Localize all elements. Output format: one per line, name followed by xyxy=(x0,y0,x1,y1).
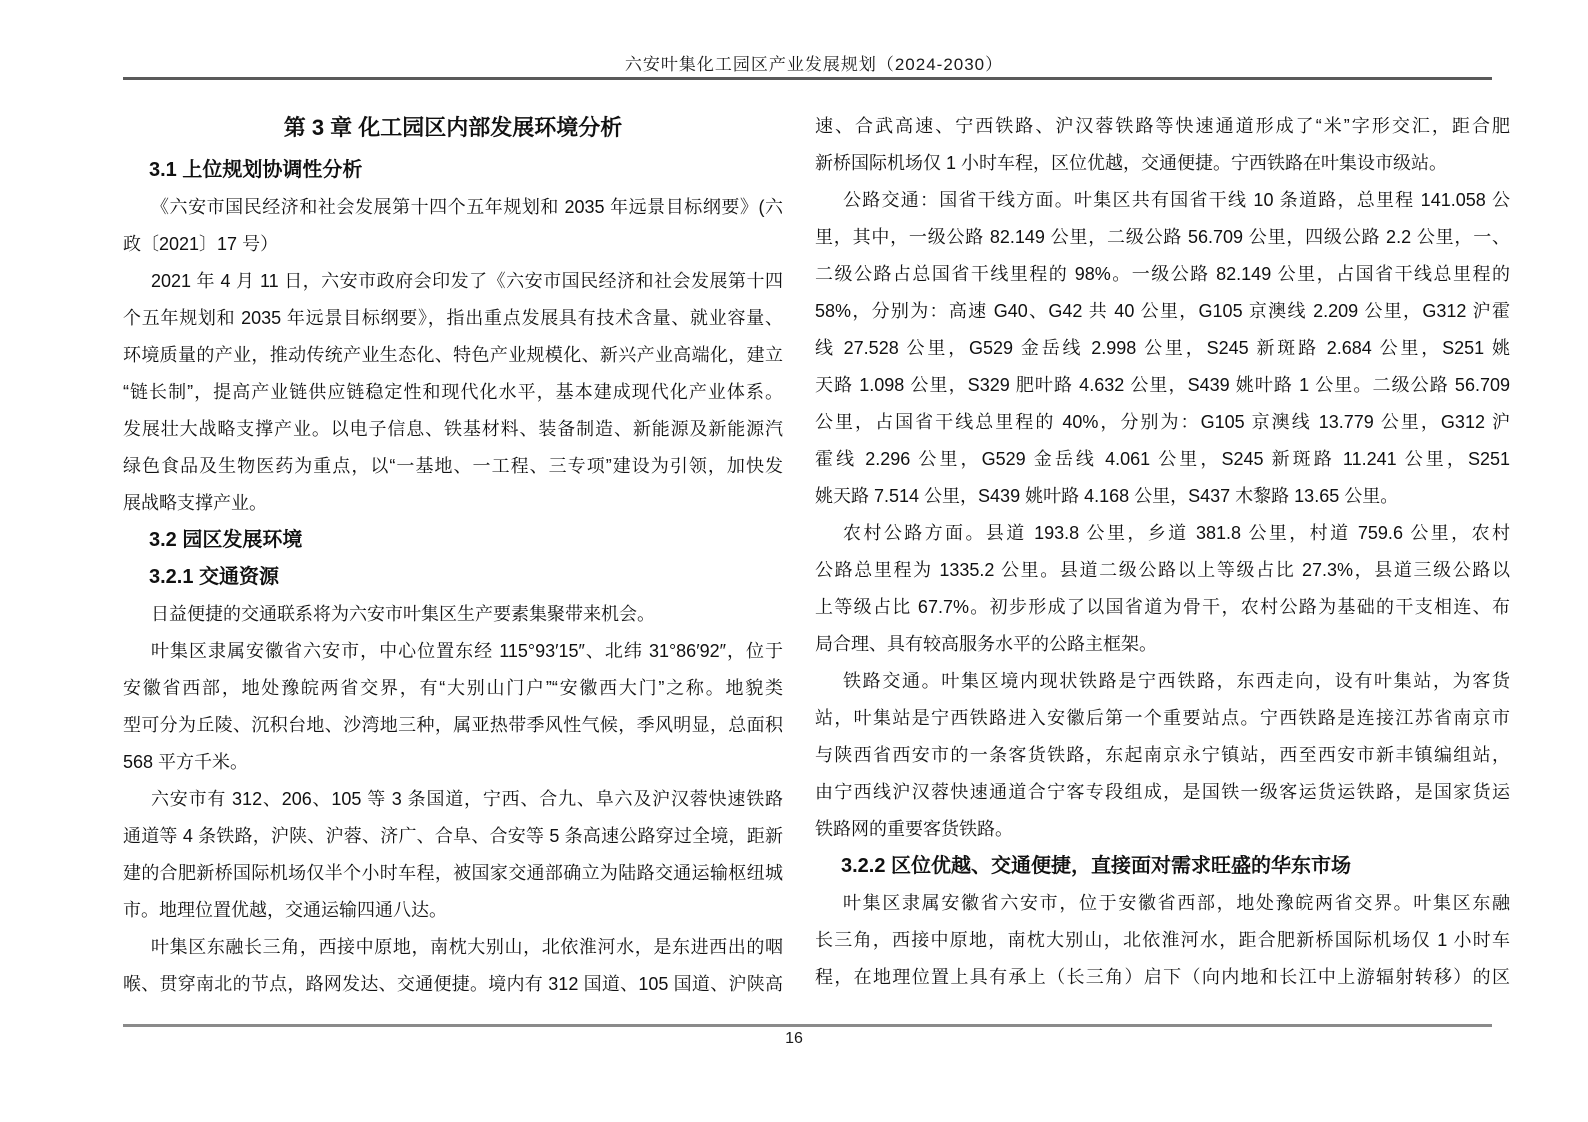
text-line: “链长制”，提高产业链供应链稳定性和现代化水平，基本建成现代化产业体系。 xyxy=(123,374,783,411)
text-line: 六安市有 312、206、105 等 3 条国道，宁西、合九、阜六及沪汉蓉快速铁… xyxy=(123,781,783,818)
chapter-title: 第 3 章 化工园区内部发展环境分析 xyxy=(123,108,783,152)
text-line: 由宁西线沪汉蓉快速通道合宁客专段组成，是国铁一级客运货运铁路，是国家货运 xyxy=(815,774,1510,811)
text-line: 58%，分别为：高速 G40、G42 共 40 公里，G105 京澳线 2.20… xyxy=(815,293,1510,330)
text-line: 公路总里程为 1335.2 公里。县道二级公路以上等级占比 27.3%，县道三级… xyxy=(815,552,1510,589)
text-line: 长三角，西接中原地，南枕大别山，北依淮河水，距合肥新桥国际机场仅 1 小时车 xyxy=(815,922,1510,959)
text-line: 新桥国际机场仅 1 小时车程，区位优越，交通便捷。宁西铁路在叶集设市级站。 xyxy=(815,145,1510,182)
text-line: 展战略支撑产业。 xyxy=(123,485,783,522)
section-heading: 3.1 上位规划协调性分析 xyxy=(123,152,783,189)
section-heading: 3.2 园区发展环境 xyxy=(123,522,783,559)
text-line: 发展壮大战略支撑产业。以电子信息、铁基材料、装备制造、新能源及新能源汽车、 xyxy=(123,411,783,448)
text-line: 公路交通：国省干线方面。叶集区共有国省干线 10 条道路，总里程 141.058… xyxy=(815,182,1510,219)
text-line: 局合理、具有较高服务水平的公路主框架。 xyxy=(815,626,1510,663)
text-line: 叶集区隶属安徽省六安市，位于安徽省西部，地处豫皖两省交界。叶集区东融 xyxy=(815,885,1510,922)
text-line: 二级公路占总国省干线里程的 98%。一级公路 82.149 公里，占国省干线总里… xyxy=(815,256,1510,293)
text-line: 喉、贯穿南北的节点，路网发达、交通便捷。境内有 312 国道、105 国道、沪陕… xyxy=(123,966,783,1003)
text-line: 政〔2021〕17 号） xyxy=(123,226,783,263)
header-divider xyxy=(123,77,1492,80)
text-line: 安徽省西部，地处豫皖两省交界，有“大别山门户”“安徽西大门”之称。地貌类 xyxy=(123,670,783,707)
text-line: 姚天路 7.514 公里，S439 姚叶路 4.168 公里，S437 木黎路 … xyxy=(815,478,1510,515)
text-line: 叶集区隶属安徽省六安市，中心位置东经 115°93′15″、北纬 31°86′9… xyxy=(123,633,783,670)
text-line: 型可分为丘陵、沉积台地、沙湾地三种，属亚热带季风性气候，季风明显，总面积 xyxy=(123,707,783,744)
text-line: 里，其中，一级公路 82.149 公里，二级公路 56.709 公里，四级公路 … xyxy=(815,219,1510,256)
text-line: 叶集区东融长三角，西接中原地，南枕大别山，北依淮河水，是东进西出的咽 xyxy=(123,929,783,966)
document-page: 六安叶集化工园区产业发展规划（2024-2030） 第 3 章 化工园区内部发展… xyxy=(0,0,1588,1122)
footer-divider xyxy=(123,1024,1492,1027)
text-line: 程，在地理位置上具有承上（长三角）启下（向内地和长江中上游辐射转移）的区 xyxy=(815,959,1510,996)
right-column: 速、合武高速、宁西铁路、沪汉蓉铁路等快速通道形成了“米”字形交汇，距合肥新桥国际… xyxy=(815,108,1510,996)
page-number: 16 xyxy=(0,1030,1588,1048)
section-heading: 3.2.1 交通资源 xyxy=(123,559,783,596)
page-header-title: 六安叶集化工园区产业发展规划（2024-2030） xyxy=(20,50,1588,75)
text-line: 霍线 2.296 公里，G529 金岳线 4.061 公里，S245 新斑路 1… xyxy=(815,441,1510,478)
text-line: 绿色食品及生物医药为重点，以“一基地、一工程、三专项”建设为引领，加快发 xyxy=(123,448,783,485)
text-line: 日益便捷的交通联系将为六安市叶集区生产要素集聚带来机会。 xyxy=(123,596,783,633)
text-line: 天路 1.098 公里，S329 肥叶路 4.632 公里，S439 姚叶路 1… xyxy=(815,367,1510,404)
text-line: 环境质量的产业，推动传统产业生态化、特色产业规模化、新兴产业高端化，建立 xyxy=(123,337,783,374)
text-line: 铁路网的重要客货铁路。 xyxy=(815,811,1510,848)
text-line: 农村公路方面。县道 193.8 公里，乡道 381.8 公里，村道 759.6 … xyxy=(815,515,1510,552)
text-line: 个五年规划和 2035 年远景目标纲要》，指出重点发展具有技术含量、就业容量、 xyxy=(123,300,783,337)
text-line: 上等级占比 67.7%。初步形成了以国省道为骨干，农村公路为基础的干支相连、布 xyxy=(815,589,1510,626)
text-line: 铁路交通。叶集区境内现状铁路是宁西铁路，东西走向，设有叶集站，为客货 xyxy=(815,663,1510,700)
text-line: 2021 年 4 月 11 日，六安市政府会印发了《六安市国民经济和社会发展第十… xyxy=(123,263,783,300)
text-line: 公里，占国省干线总里程的 40%，分别为：G105 京澳线 13.779 公里，… xyxy=(815,404,1510,441)
text-line: 通道等 4 条铁路，沪陕、沪蓉、济广、合阜、合安等 5 条高速公路穿过全境，距新 xyxy=(123,818,783,855)
section-heading: 3.2.2 区位优越、交通便捷，直接面对需求旺盛的华东市场 xyxy=(815,848,1510,885)
text-line: 建的合肥新桥国际机场仅半个小时车程，被国家交通部确立为陆路交通运输枢纽城 xyxy=(123,855,783,892)
text-line: 《六安市国民经济和社会发展第十四个五年规划和 2035 年远景目标纲要》(六 xyxy=(123,189,783,226)
text-line: 线 27.528 公里，G529 金岳线 2.998 公里，S245 新斑路 2… xyxy=(815,330,1510,367)
text-line: 568 平方千米。 xyxy=(123,744,783,781)
text-line: 站，叶集站是宁西铁路进入安徽后第一个重要站点。宁西铁路是连接江苏省南京市 xyxy=(815,700,1510,737)
text-line: 市。地理位置优越，交通运输四通八达。 xyxy=(123,892,783,929)
left-column: 第 3 章 化工园区内部发展环境分析3.1 上位规划协调性分析《六安市国民经济和… xyxy=(123,108,783,1003)
text-line: 速、合武高速、宁西铁路、沪汉蓉铁路等快速通道形成了“米”字形交汇，距合肥 xyxy=(815,108,1510,145)
text-line: 与陕西省西安市的一条客货铁路，东起南京永宁镇站，西至西安市新丰镇编组站， xyxy=(815,737,1510,774)
